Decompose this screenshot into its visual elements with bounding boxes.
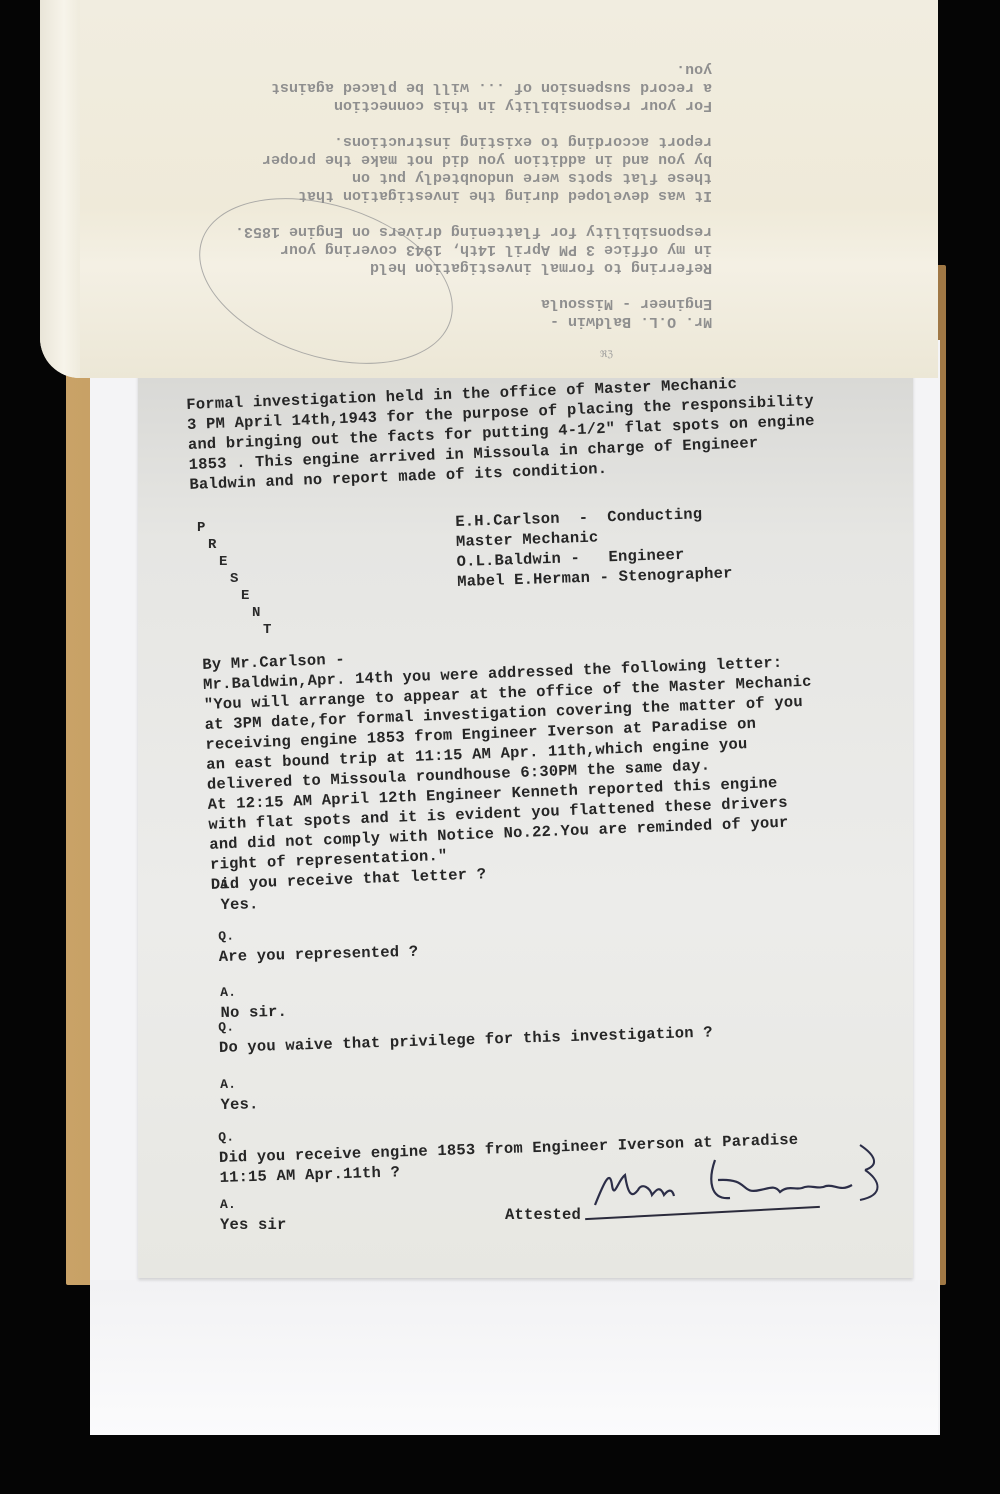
- present-letter: S: [230, 571, 238, 587]
- present-people-list: E.H.Carlson - Conducting Master Mechanic…: [455, 503, 733, 592]
- flipped-letter-lines: Mr. O.L. Baldwin - Engineer - Missoula R…: [235, 60, 712, 330]
- present-letter: R: [208, 537, 216, 553]
- present-letter: E: [219, 554, 227, 570]
- answer-entry: A.Yes.: [220, 1074, 259, 1115]
- qa-label: A.: [220, 874, 258, 895]
- qa-text: Yes.: [220, 1094, 258, 1115]
- qa-text: Yes.: [220, 894, 258, 915]
- backing-sheet-bottom: [90, 1280, 938, 1435]
- signature-icon: [590, 1140, 890, 1220]
- answer-entry: A.Yes.: [220, 874, 259, 915]
- question-entry: Q.Are you represented ?: [218, 922, 419, 967]
- qa-text: Yes sir: [220, 1215, 287, 1235]
- present-letter: P: [197, 520, 205, 536]
- letter-block: By Mr.Carlson - Mr.Baldwin,Apr. 14th you…: [202, 632, 819, 895]
- qa-label: A.: [220, 1074, 258, 1095]
- qa-label: A.: [220, 1195, 287, 1215]
- page-mark: ℜℨ: [600, 350, 613, 360]
- present-letter: E: [241, 588, 249, 604]
- answer-entry: A.Yes sir: [220, 1195, 287, 1235]
- page-curl-edge: [40, 0, 80, 378]
- attested-label: Attested: [505, 1205, 581, 1225]
- present-letter: T: [263, 622, 271, 638]
- qa-label: A.: [220, 982, 287, 1003]
- present-letter: N: [252, 605, 260, 621]
